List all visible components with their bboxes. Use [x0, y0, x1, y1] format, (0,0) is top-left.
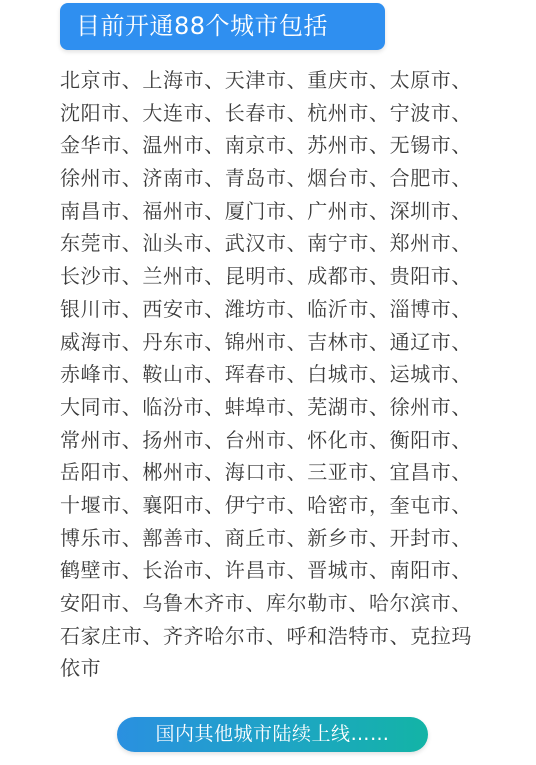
header-title: 目前开通88个城市包括 — [76, 12, 328, 40]
city-list-line: 北京市、上海市、天津市、重庆市、太原市、 — [60, 64, 490, 97]
city-list-line: 赤峰市、鞍山市、珲春市、白城市、运城市、 — [60, 358, 490, 391]
city-list-line: 岳阳市、郴州市、海口市、三亚市、宜昌市、 — [60, 456, 490, 489]
city-list-line: 金华市、温州市、南京市、苏州市、无锡市、 — [60, 129, 490, 162]
city-list-line: 安阳市、乌鲁木齐市、库尔勒市、哈尔滨市、 — [60, 587, 490, 620]
city-list-line: 大同市、临汾市、蚌埠市、芜湖市、徐州市、 — [60, 391, 490, 424]
city-list-line: 博乐市、鄯善市、商丘市、新乡市、开封市、 — [60, 522, 490, 555]
city-list-line: 银川市、西安市、潍坊市、临沂市、淄博市、 — [60, 293, 490, 326]
city-list-line: 常州市、扬州市、台州市、怀化市、衡阳市、 — [60, 424, 490, 457]
city-list-line: 鹤壁市、长治市、许昌市、晋城市、南阳市、 — [60, 554, 490, 587]
more-cities-label: 国内其他城市陆续上线…… — [155, 723, 389, 745]
city-list-line: 南昌市、福州市、厦门市、广州市、深圳市、 — [60, 195, 490, 228]
city-list-line: 徐州市、济南市、青岛市、烟台市、合肥市、 — [60, 162, 490, 195]
city-list-line: 长沙市、兰州市、昆明市、成都市、贵阳市、 — [60, 260, 490, 293]
city-list-line: 石家庄市、齐齐哈尔市、呼和浩特市、克拉玛 — [60, 620, 490, 653]
city-list-line: 东莞市、汕头市、武汉市、南宁市、郑州市、 — [60, 227, 490, 260]
city-list-line: 依市 — [60, 652, 490, 685]
header-banner: 目前开通88个城市包括 — [60, 3, 385, 50]
city-list-line: 沈阳市、大连市、长春市、杭州市、宁波市、 — [60, 97, 490, 130]
city-list-line: 十堰市、襄阳市、伊宁市、哈密市，奎屯市、 — [60, 489, 490, 522]
city-list: 北京市、上海市、天津市、重庆市、太原市、 沈阳市、大连市、长春市、杭州市、宁波市… — [60, 64, 490, 685]
more-cities-banner: 国内其他城市陆续上线…… — [117, 717, 428, 752]
city-list-line: 威海市、丹东市、锦州市、吉林市、通辽市、 — [60, 326, 490, 359]
